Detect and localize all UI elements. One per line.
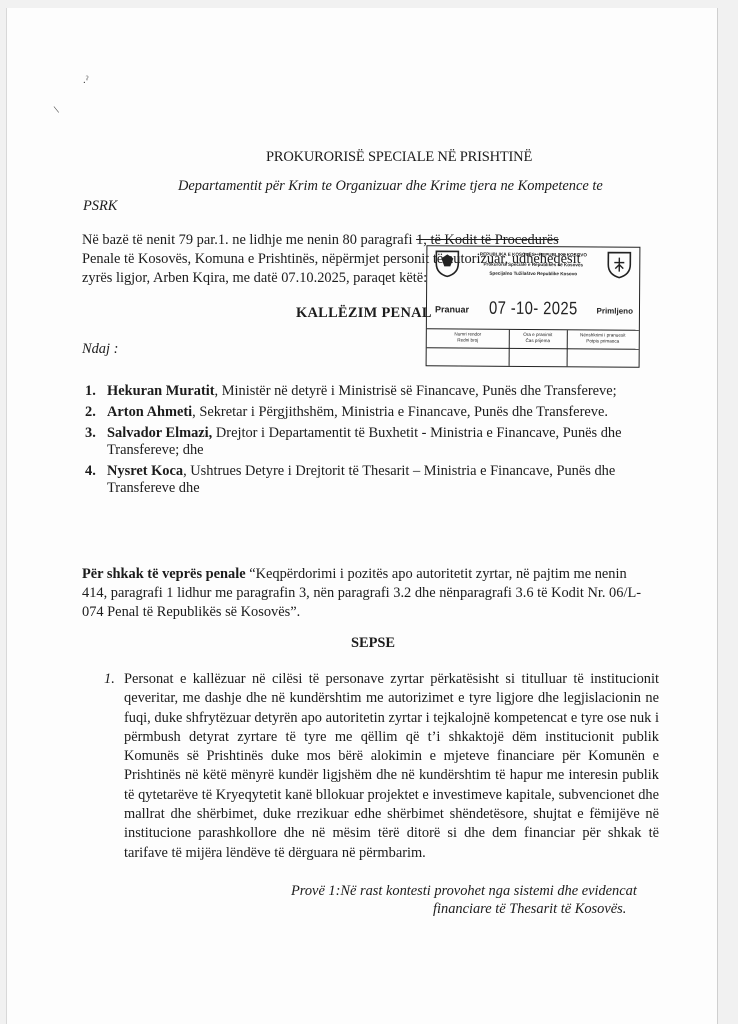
stamp-received-label-sr: Primljeno: [596, 306, 633, 315]
accused-name: Nysret Koca: [107, 463, 183, 479]
stamp-header: REPUBLIKA E KOSOVËS · REPUBLIKA KOSOVO: [467, 252, 599, 258]
offense-lead: Për shkak të veprës penale: [82, 566, 246, 582]
coat-of-arms-icon: [433, 248, 461, 278]
stamp-header: Prokuroria Speciale e Republikës së Koso…: [467, 262, 599, 268]
department-line-cont: PSRK: [83, 198, 117, 215]
stamp-col-header: Ora e pranimit Čas prijema: [509, 332, 567, 344]
stamp-date: 07 -10- 2025: [489, 298, 578, 320]
list-item: 1. Hekuran Muratit, Ministër në detyrë i…: [107, 383, 659, 400]
list-item: 4. Nysret Koca, Ushtrues Detyre i Drejto…: [107, 463, 659, 497]
list-item: 3. Salvador Elmazi, Drejtor i Departamen…: [107, 425, 659, 459]
accused-list: 1. Hekuran Muratit, Ministër në detyrë i…: [107, 383, 659, 501]
against-label: Ndaj :: [82, 341, 118, 358]
office-title: PROKURORISË SPECIALE NË PRISHTINË: [266, 149, 532, 166]
evidence-line-1: Provë 1:Në rast kontesti provohet nga si…: [291, 883, 637, 900]
reason-title: SEPSE: [351, 635, 395, 652]
stamp-header: Specijalno Tužilaštvo Republike Kosovo: [467, 271, 599, 277]
offense-paragraph: Për shkak të veprës penale “Keqpërdorimi…: [82, 565, 647, 622]
evidence-line-2: financiare të Thesarit të Kosovës.: [433, 901, 626, 918]
accused-name: Arton Ahmeti: [107, 404, 192, 420]
accused-name: Hekuran Muratit: [107, 383, 215, 399]
stray-mark: .ˀ: [83, 74, 88, 86]
complaint-title: KALLËZIM PENAL: [296, 305, 432, 322]
intro-line-3: zyrës ligjor, Arben Kqira, me datë 07.10…: [82, 269, 427, 288]
accused-name: Salvador Elmazi,: [107, 425, 212, 441]
department-line: Departamentit për Krim te Organizuar dhe…: [178, 178, 603, 195]
document-page: .ˀ \ PROKURORISË SPECIALE NË PRISHTINË D…: [6, 8, 718, 1024]
stray-mark: \: [53, 104, 60, 116]
received-stamp: REPUBLIKA E KOSOVËS · REPUBLIKA KOSOVO P…: [426, 245, 641, 367]
list-item: 2. Arton Ahmeti, Sekretar i Përgjithshëm…: [107, 404, 659, 421]
stamp-col-header: Nënshkrimi i pranuesit Potpis primaoca: [567, 332, 639, 345]
stamp-table: Numri rendor Redni broj Ora e pranimit Č…: [427, 328, 639, 366]
emblem-icon: [605, 250, 633, 280]
reason-paragraph: 1. Personat e kallëzuar në cilësi të per…: [124, 670, 659, 863]
stamp-received-label: Pranuar: [435, 304, 469, 314]
stamp-col-header: Numri rendor Redni broj: [427, 331, 509, 344]
